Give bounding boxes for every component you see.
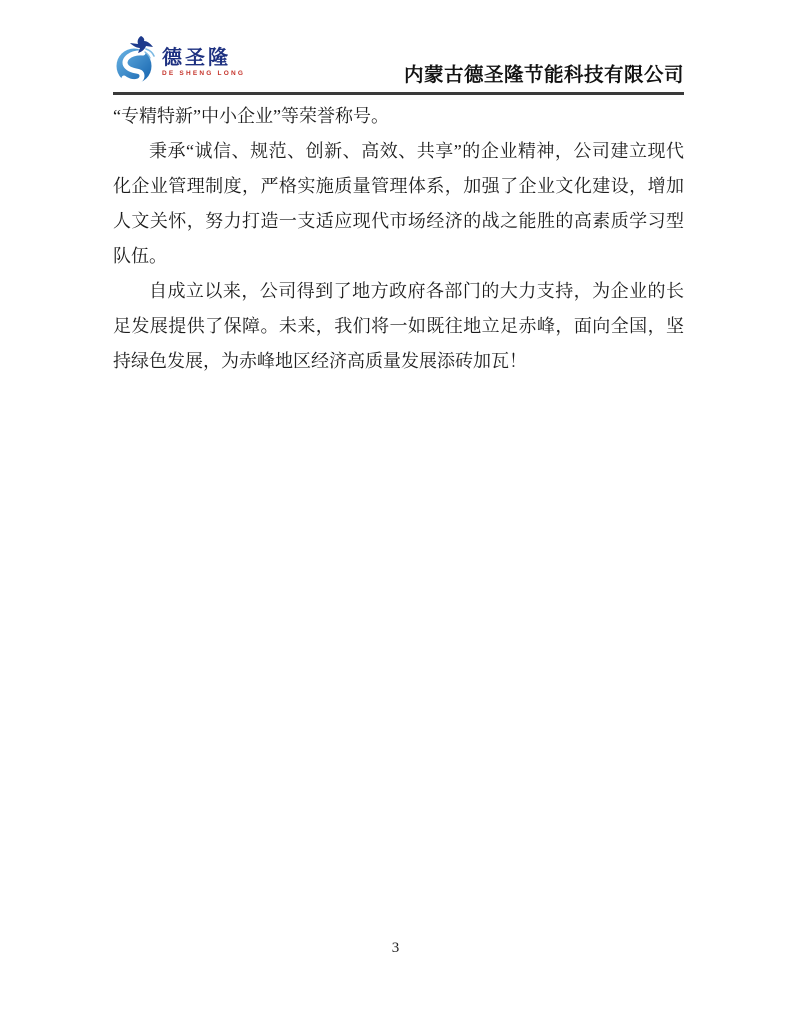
company-logo: 德圣隆 DE SHENG LONG xyxy=(114,34,245,86)
document-page: 德圣隆 DE SHENG LONG 内蒙古德圣隆节能科技有限公司 “专精特新”中… xyxy=(0,0,791,1024)
brand-name-cn: 德圣隆 xyxy=(162,48,245,68)
document-body: “专精特新”中小企业”等荣誉称号。 秉承“诚信、规范、创新、高效、共享”的企业精… xyxy=(113,99,684,379)
page-number: 3 xyxy=(0,940,791,957)
logo-text: 德圣隆 DE SHENG LONG xyxy=(162,48,245,78)
body-paragraph: 自成立以来，公司得到了地方政府各部门的大力支持，为企业的长足发展提供了保障。未来… xyxy=(113,274,684,379)
body-paragraph: “专精特新”中小企业”等荣誉称号。 xyxy=(113,99,684,134)
body-paragraph: 秉承“诚信、规范、创新、高效、共享”的企业精神，公司建立现代化企业管理制度，严格… xyxy=(113,134,684,274)
brand-name-en: DE SHENG LONG xyxy=(162,71,245,78)
dragon-s-logo-icon xyxy=(114,34,158,86)
header-divider xyxy=(113,92,684,95)
header-company-name: 内蒙古德圣隆节能科技有限公司 xyxy=(404,59,684,87)
